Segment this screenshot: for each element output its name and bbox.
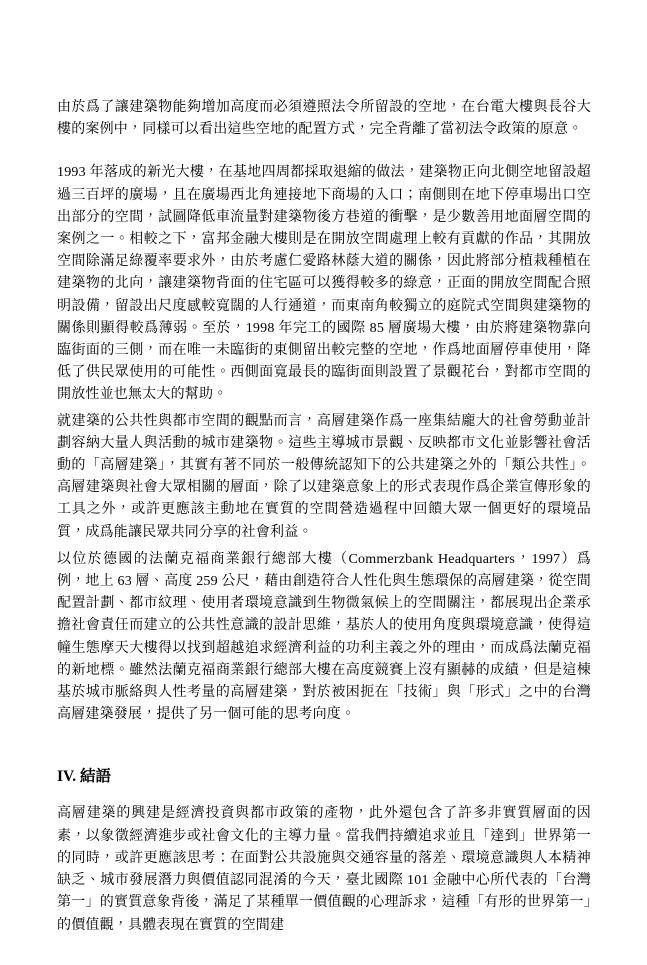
paragraph-open-space-critique: 由於爲了讓建築物能夠增加高度而必須遵照法令所留設的空地，在台電大樓與長谷大樓的案… <box>57 97 591 141</box>
section-heading-conclusion: IV. 結語 <box>57 766 591 788</box>
document-content: 由於爲了讓建築物能夠增加高度而必須遵照法令所留設的空地，在台電大樓與長谷大樓的案… <box>57 97 591 937</box>
paragraph-public-nature: 就建築的公共性與都市空間的觀點而言，高層建築作爲一座集結龐大的社會勞動並計劃容納… <box>57 411 591 544</box>
paragraph-case-examples: 1993 年落成的新光大樓，在基地四周都採取退縮的做法，建築物正向北側空地留設超… <box>57 162 591 406</box>
paragraph-commerzbank-example: 以位於德國的法蘭克福商業銀行總部大樓（Commerzbank Headquart… <box>57 549 591 727</box>
paragraph-conclusion-opening: 高層建築的興建是經濟投資與都市政策的產物，此外還包含了許多非實質層面的因素，以象… <box>57 803 591 936</box>
document-page: 由於爲了讓建築物能夠增加高度而必須遵照法令所留設的空地，在台電大樓與長谷大樓的案… <box>0 0 647 965</box>
